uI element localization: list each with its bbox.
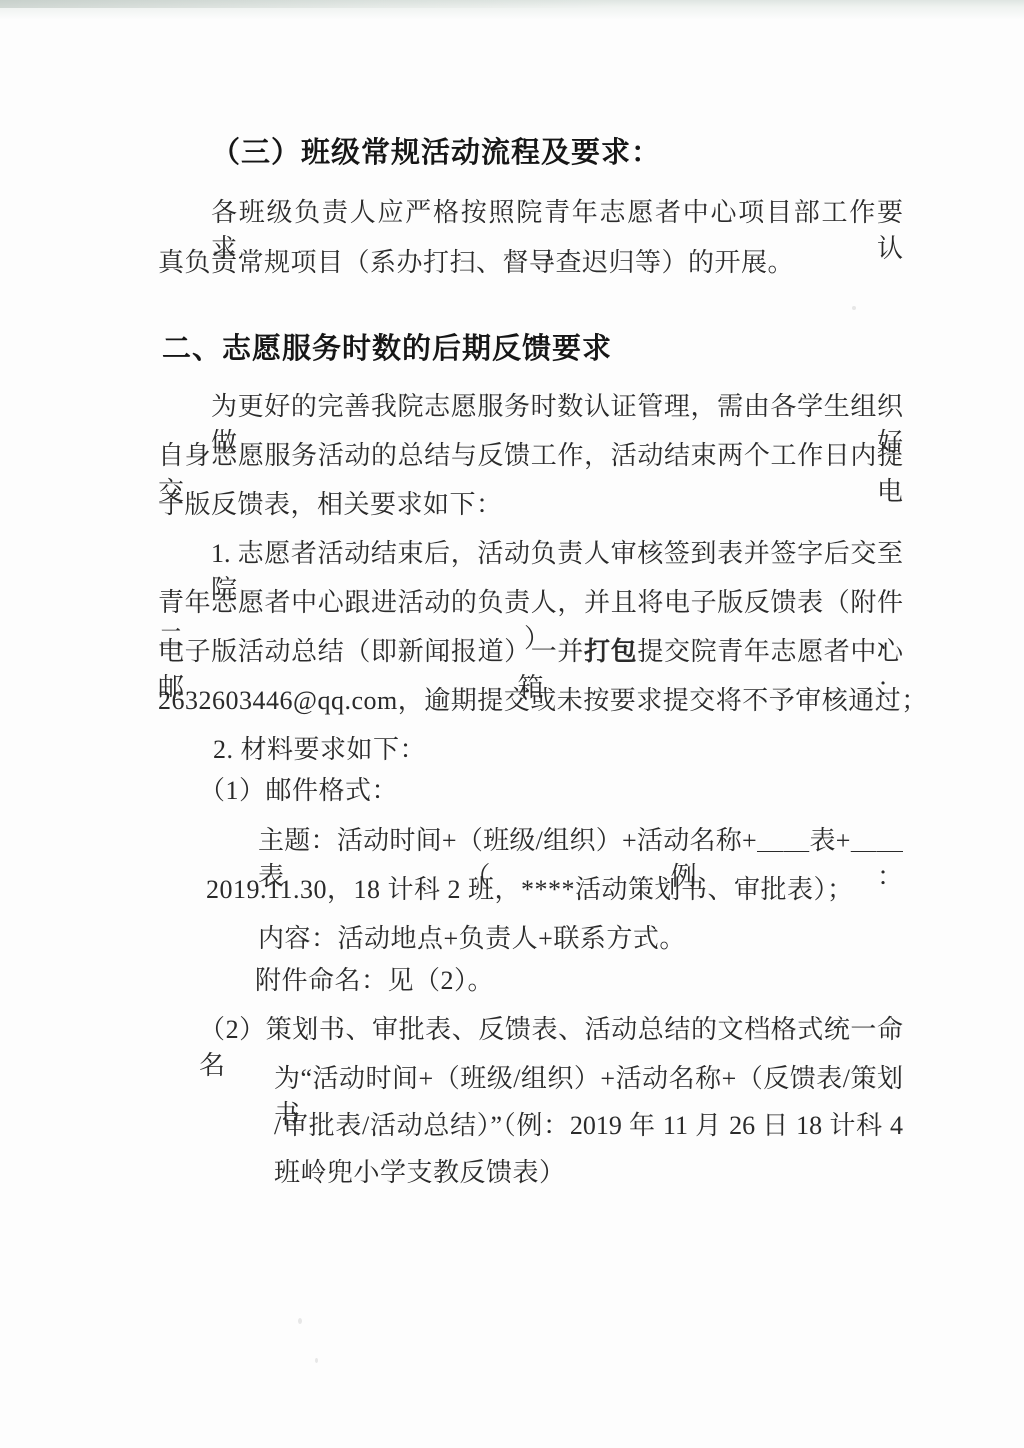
item2-content-line: 内容：活动地点+负责人+联系方式。 <box>258 921 686 957</box>
paragraph-class-duty-line2: 真负责常规项目（系办打扫、督导查迟归等）的开展。 <box>158 245 794 281</box>
scan-speck <box>298 1318 302 1324</box>
scan-speck <box>852 306 856 310</box>
item2-sub2-line4: 班岭兜小学支教反馈表） <box>274 1155 566 1191</box>
scan-speck <box>315 1358 318 1363</box>
item2-heading: 2. 材料要求如下： <box>213 732 426 768</box>
document-page: （三）班级常规活动流程及要求： 各班级负责人应严格按照院青年志愿者中心项目部工作… <box>0 0 1024 1448</box>
scan-artifact-top-left <box>0 0 614 8</box>
item2-sub2-line3: /审批表/活动总结）”（例：2019 年 11 月 26 日 18 计科 4 <box>274 1108 903 1144</box>
item2-sub1-heading: （1）邮件格式： <box>199 773 398 809</box>
section-heading-feedback-requirements: 二、志愿服务时数的后期反馈要求 <box>162 330 612 368</box>
item1-line4-email: 2632603446@qq.com，逾期提交或未按要求提交将不予审核通过； <box>158 683 928 719</box>
item2-attachment-line: 附件命名：见（2）。 <box>255 963 494 999</box>
item2-subject-line2: 2019.11.30，18 计科 2 班，****活动策划书、审批表）； <box>206 872 854 908</box>
item1-line3-bold-daba: 打包 <box>584 637 637 666</box>
subsection-heading-class-routine: （三）班级常规活动流程及要求： <box>211 134 661 172</box>
item1-line3-pre: 电子版活动总结（即新闻报道）一并 <box>158 637 584 666</box>
scan-artifact-top <box>0 0 1024 20</box>
intro-paragraph-line3: 子版反馈表，相关要求如下： <box>158 487 503 523</box>
